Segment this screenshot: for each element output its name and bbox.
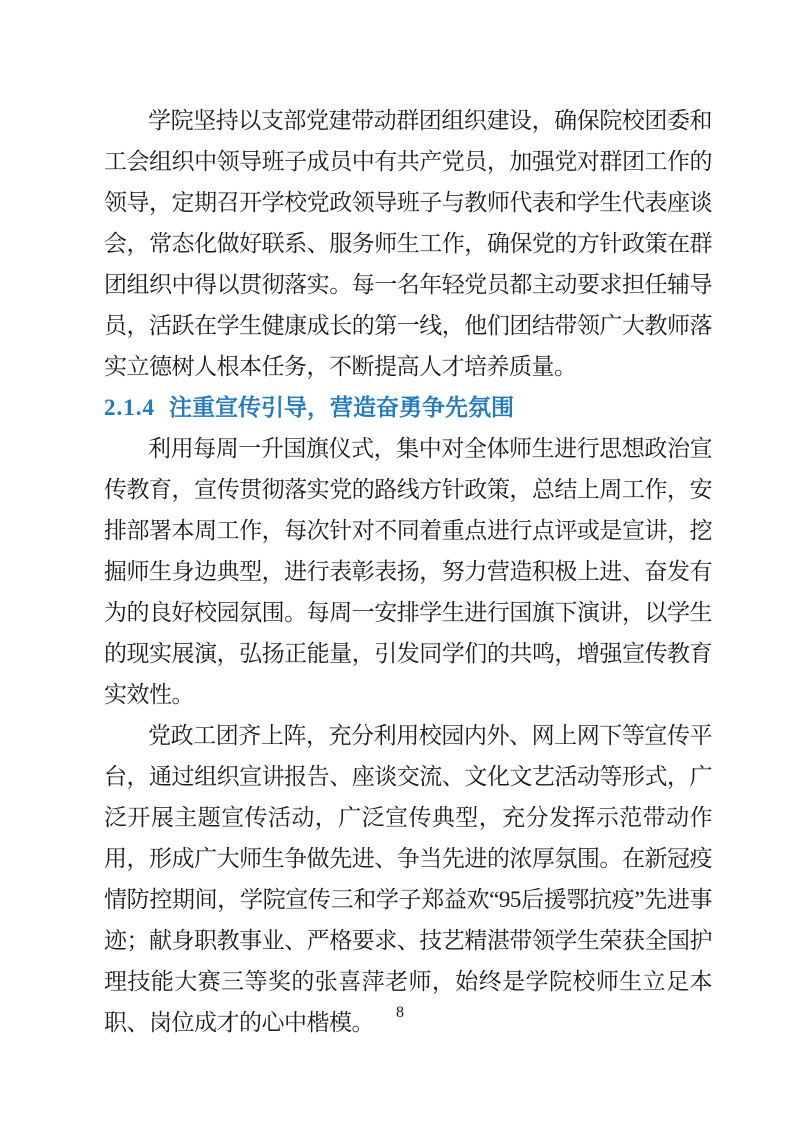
document-page: 学院坚持以支部党建带动群团组织建设，确保院校团委和工会组织中领导班子成员中有共产… — [0, 0, 800, 1131]
section-heading-number: 2.1.4 — [104, 395, 155, 420]
page-number: 8 — [396, 1004, 404, 1021]
paragraph-party-group-building: 学院坚持以支部党建带动群团组织建设，确保院校团委和工会组织中领导班子成员中有共产… — [104, 100, 712, 387]
section-heading-2-1-4: 2.1.4注重宣传引导，营造奋勇争先氛围 — [104, 387, 712, 428]
section-heading-title: 注重宣传引导，营造奋勇争先氛围 — [169, 395, 514, 420]
paragraph-publicity-platforms: 党政工团齐上阵，充分利用校园内外、网上网下等宣传平台，通过组织宣讲报告、座谈交流… — [104, 715, 712, 1043]
page-footer: 8 — [0, 1002, 800, 1024]
paragraph-flag-raising-ceremony: 利用每周一升国旗仪式，集中对全体师生进行思想政治宣传教育，宣传贯彻落实党的路线方… — [104, 428, 712, 715]
page-content: 学院坚持以支部党建带动群团组织建设，确保院校团委和工会组织中领导班子成员中有共产… — [104, 100, 712, 1043]
